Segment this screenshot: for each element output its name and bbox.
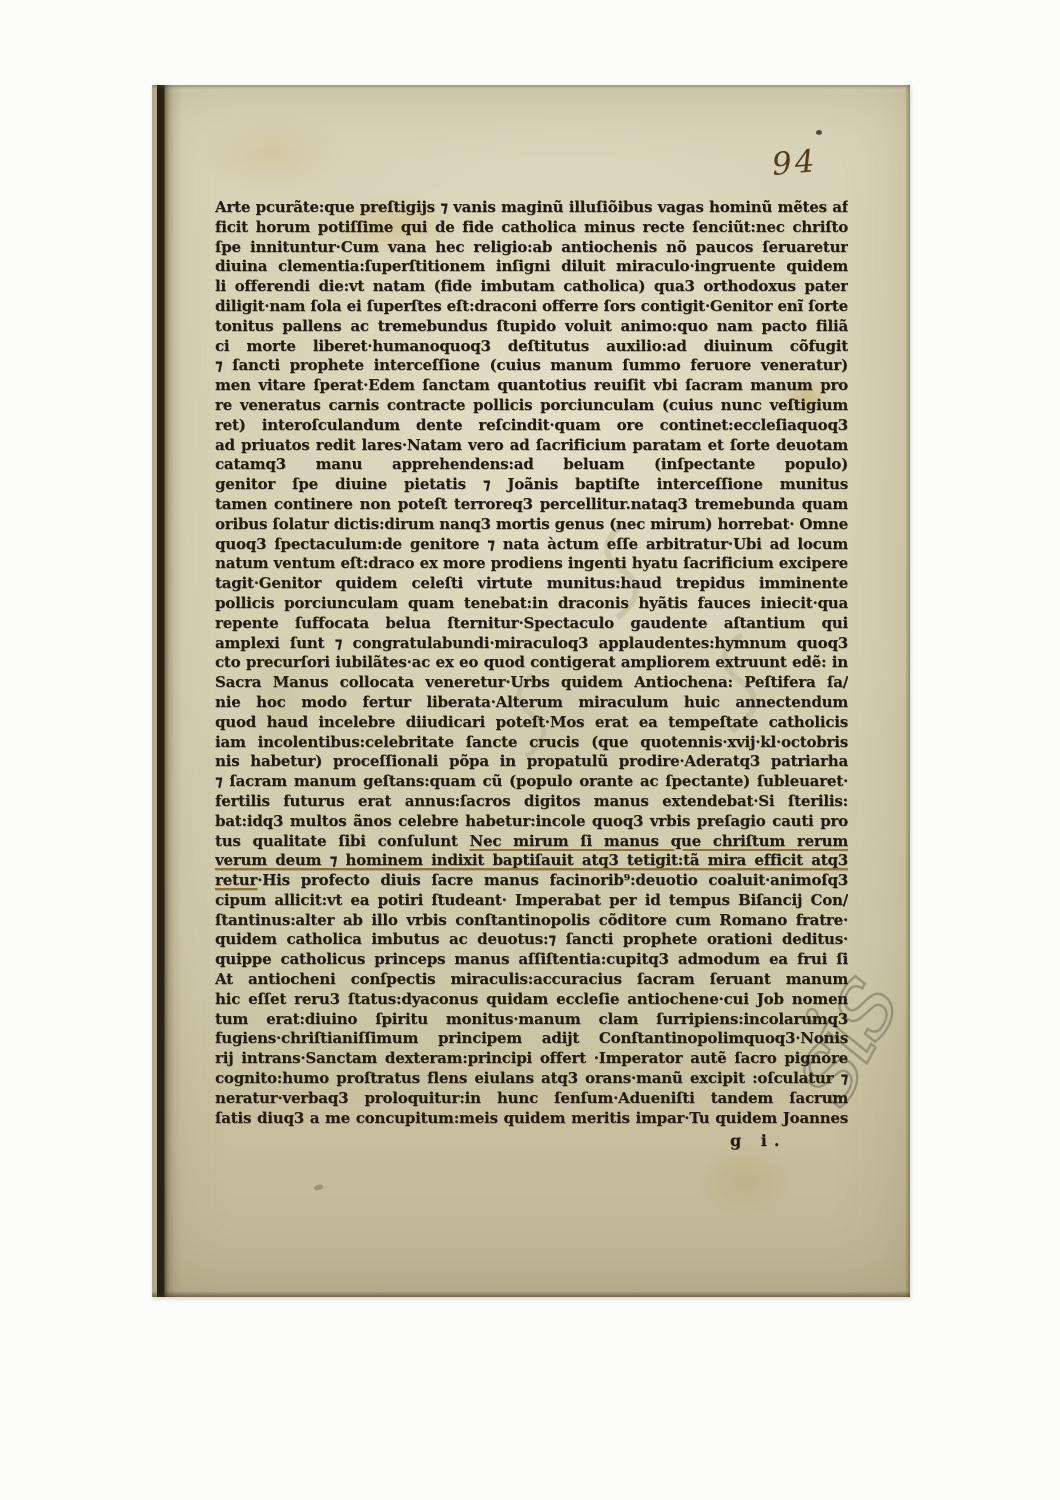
- text-line: ci morte liberet·humanoquoq3 deſtitutus …: [215, 337, 848, 357]
- text-line: oribus ſolatur dictis:dirum nanq3 mortis…: [215, 515, 848, 535]
- page-top-edge: [152, 85, 910, 89]
- book-page: sis 94 Arte pcurãte:que preſtigijs ⁊ van…: [152, 85, 910, 1297]
- text-line: cognito:humo proſtratus flens eiulans at…: [215, 1069, 848, 1089]
- text-line: diligit·nam ſola ei ſuperſtes eſt:dracon…: [215, 297, 848, 317]
- text-line: iam incolentibus:celebritate ſancte cruc…: [215, 733, 848, 753]
- text-line: catamq3 manu apprehendens:ad beluam (inſ…: [215, 455, 848, 475]
- folio-number: 94: [771, 143, 819, 183]
- text-line: genitor ſpe diuine pietatis ⁊ Joãnis bap…: [215, 475, 848, 495]
- stain: [696, 1143, 796, 1219]
- ink-speck: [816, 130, 822, 135]
- text-line: re veneratus carnis contracte pollicis p…: [215, 396, 848, 416]
- text-line: Arte pcurãte:que preſtigijs ⁊ vanis magi…: [215, 198, 848, 218]
- text-line: tonitus pallens ac tremebundus ſtupido v…: [215, 317, 848, 337]
- text-line: nie hoc modo fertur liberata·Alterum mir…: [215, 693, 848, 713]
- text-line: repente ſuffocata belua ſternitur·Specta…: [215, 614, 848, 634]
- page-binding-edge: [152, 85, 182, 1297]
- text-line: ſpe innituntur·Cum vana hec religio:ab a…: [215, 238, 848, 258]
- text-block: Arte pcurãte:que preſtigijs ⁊ vanis magi…: [215, 198, 848, 1128]
- text-line: verum deum ⁊ hominem indixit baptiſauit …: [215, 851, 848, 871]
- text-line: quippe catholicus princeps manus aſſiſte…: [215, 950, 848, 970]
- page-right-edge: [905, 85, 910, 1297]
- text-line: hic eſſet reru3 ſtatus:dyaconus quidam e…: [215, 990, 848, 1010]
- ink-smudge: [314, 1184, 324, 1191]
- scan-background: sis 94 Arte pcurãte:que preſtigijs ⁊ van…: [0, 0, 1060, 1500]
- ink-underlined-text: Nec mirum ſi manus que chriſtum rerum cr…: [215, 832, 848, 852]
- text-line: fertilis futurus erat annus:ſacros digit…: [215, 792, 848, 812]
- text-line: ſatis diuq3 a me concupitum:meis quidem …: [215, 1109, 848, 1129]
- text-line: tus qualitate ſibi conſulunt Nec mirum ſ…: [215, 832, 848, 852]
- text-line: pollicis porciunculam quam tenebat:in dr…: [215, 594, 848, 614]
- text-line: nis habetur) proceſſionali põpa in propa…: [215, 752, 848, 772]
- text-line: ⁊ ſacram manum geſtans:quam cũ (populo o…: [215, 772, 848, 792]
- text-line: men vitare ſperat·Edem ſanctam quantotiu…: [215, 376, 848, 396]
- text-line: quidem catholica imbutus ac deuotus:⁊ ſa…: [215, 930, 848, 950]
- text-line: tum erat:diuino ſpiritu monitus·manum cl…: [215, 1010, 848, 1030]
- text-line: bat:idq3 multos ãnos celebre habetur:inc…: [215, 812, 848, 832]
- text-line: diuina clementia:ſuperſtitionem inſigni …: [215, 257, 848, 277]
- text-line: neratur·verbaq3 proloquitur:in hunc ſenſ…: [215, 1089, 848, 1109]
- text-line: ſtantinus:alter ab illo vrbis conſtantin…: [215, 911, 848, 931]
- text-line: quod haud incelebre diiudicari poteſt·Mo…: [215, 713, 848, 733]
- text-line: cto precurſori iubilãtes·ac ex eo quod c…: [215, 653, 848, 673]
- text-line: natum ventum eſt:draco ex more prodiens …: [215, 554, 848, 574]
- text-line: ad priuatos redit lares·Natam vero ad ſa…: [215, 436, 848, 456]
- text-line: At antiocheni conſpectis miraculis:accur…: [215, 970, 848, 990]
- text-line: ⁊ ſancti prophete interceſſione (cuius m…: [215, 356, 848, 376]
- text-line: li offerendi die:vt natam (fide imbutam …: [215, 277, 848, 297]
- text-line: amplexi ſunt ⁊ congratulabundi·miraculoq…: [215, 634, 848, 654]
- text-line: retur·His profecto diuis ſacre manus fac…: [215, 871, 848, 891]
- text-line: rij intrans·Sanctam dexteram:principi of…: [215, 1049, 848, 1069]
- signature-mark: g i.: [730, 1131, 786, 1150]
- text-line: tamen continere non poteſt terroreq3 per…: [215, 495, 848, 515]
- page-bottom-edge: [152, 1291, 910, 1297]
- text-line: Sacra Manus collocata veneretur·Urbs qui…: [215, 673, 848, 693]
- ink-underlined-text: verum deum ⁊ hominem indixit baptiſauit …: [215, 851, 848, 871]
- text-line: ficit horum potiſſime qui de fide cathol…: [215, 218, 848, 238]
- text-line: fugiens·chriſtianiſſimum principem adijt…: [215, 1029, 848, 1049]
- stain: [196, 115, 346, 195]
- text-line: quoq3 ſpectaculum:de genitore ⁊ nata àct…: [215, 535, 848, 555]
- text-line: cipum allicit:vt ea potiri ſtudeant· Imp…: [215, 891, 848, 911]
- text-line: tagit·Genitor quidem celeſti virtute mun…: [215, 574, 848, 594]
- text-line: ret) interoſculandum dente reſcindit·qua…: [215, 416, 848, 436]
- ink-underlined-text: retur: [215, 871, 257, 889]
